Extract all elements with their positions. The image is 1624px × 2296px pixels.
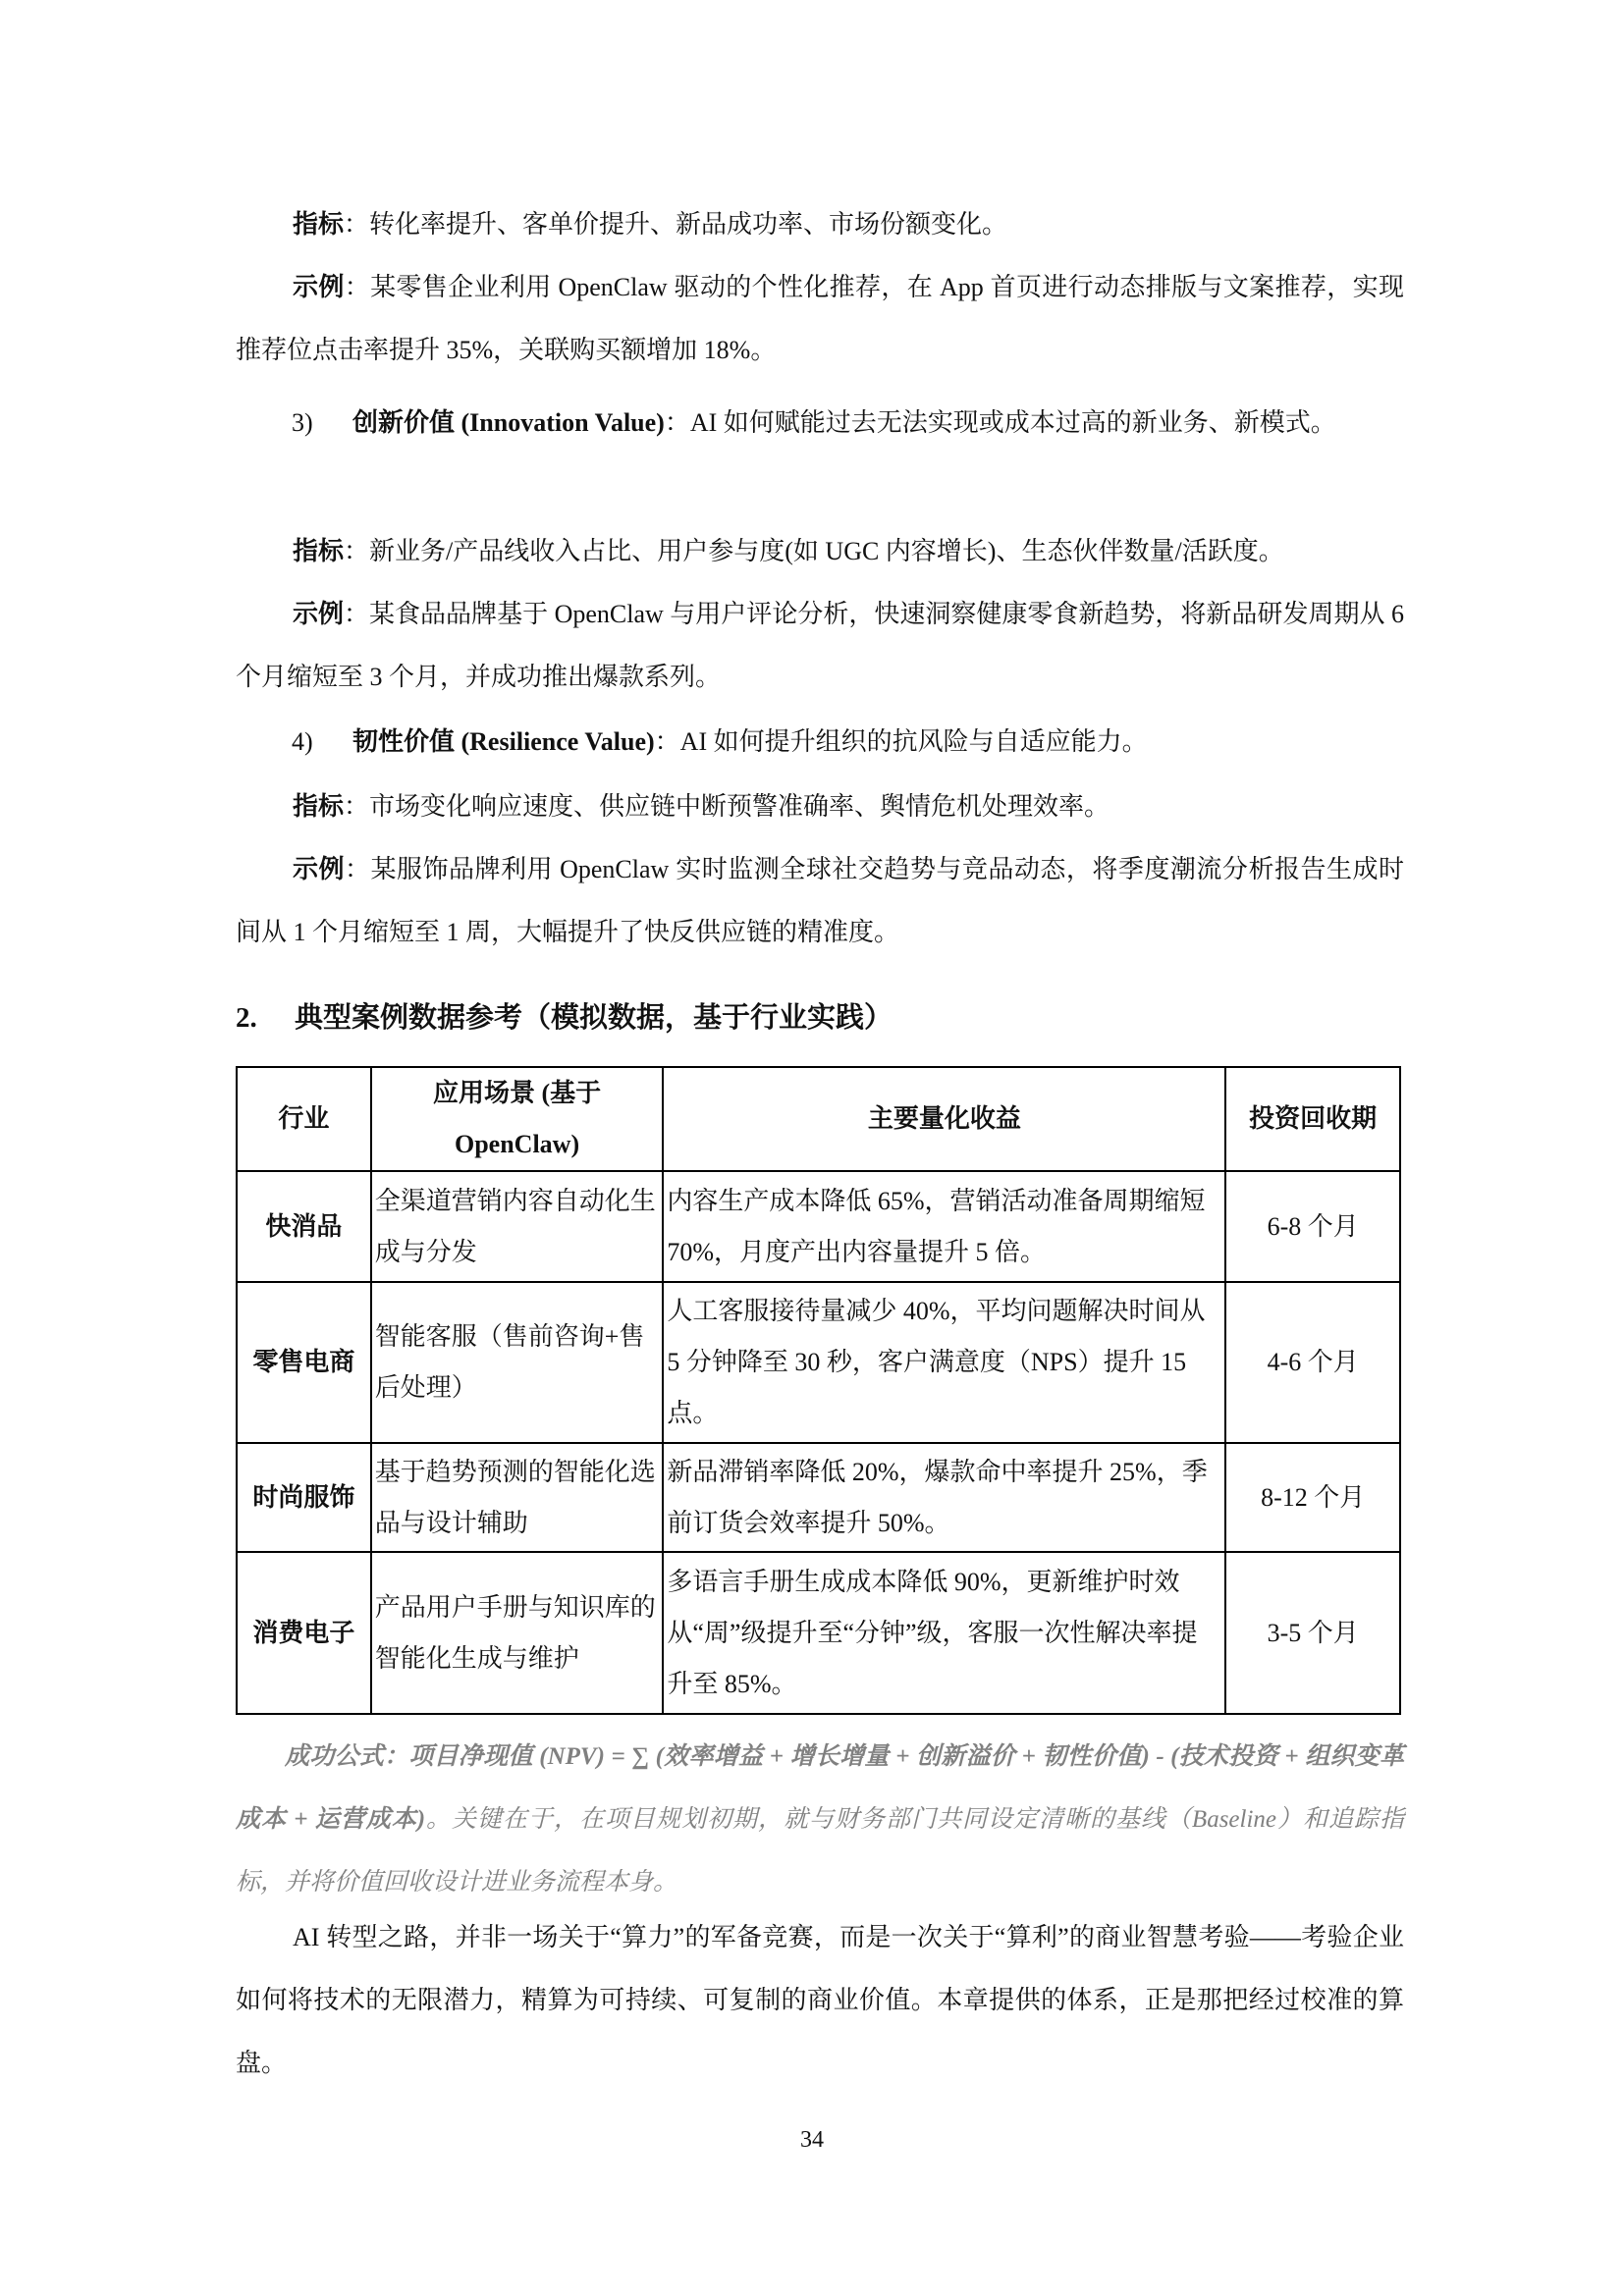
cell-benefit: 新品滞销率降低 20%，爆款命中率提升 25%，季前订货会效率提升 50%。 — [663, 1443, 1225, 1552]
cell-scenario: 全渠道营销内容自动化生成与分发 — [371, 1171, 664, 1282]
list-item-title: 韧性价值 (Resilience Value) — [352, 727, 655, 756]
case-data-table: 行业 应用场景 (基于 OpenClaw) 主要量化收益 投资回收期 快消品 全… — [236, 1066, 1401, 1715]
cell-benefit: 内容生产成本降低 65%，营销活动准备周期缩短 70%，月度产出内容量提升 5 … — [663, 1171, 1225, 1282]
cell-payback: 6-8 个月 — [1225, 1171, 1400, 1282]
separator: ： — [345, 273, 370, 301]
section-title: 典型案例数据参考（模拟数据，基于行业实践） — [295, 1002, 893, 1034]
example-text: 某零售企业利用 OpenClaw 驱动的个性化推荐，在 App 首页进行动态排版… — [236, 273, 1404, 364]
header-payback: 投资回收期 — [1225, 1067, 1400, 1171]
section-number: 2. — [236, 988, 295, 1047]
list-number: 4) — [292, 711, 313, 774]
page-number: 34 — [0, 2127, 1624, 2154]
separator: ： — [344, 537, 369, 565]
example-label: 示例 — [293, 273, 345, 301]
cell-industry: 消费电子 — [237, 1552, 371, 1714]
success-formula-note: 成功公式：项目净现值 (NPV) = ∑ (效率增益 + 增长增量 + 创新溢价… — [236, 1726, 1404, 1914]
example-paragraph-resilience: 示例：某服饰品牌利用 OpenClaw 实时监测全球社交趋势与竞品动态，将季度潮… — [236, 838, 1404, 964]
cell-scenario: 智能客服（售前咨询+售后处理） — [371, 1282, 664, 1443]
example-paragraph-growth: 示例：某零售企业利用 OpenClaw 驱动的个性化推荐，在 App 首页进行动… — [236, 256, 1404, 382]
cell-payback: 4-6 个月 — [1225, 1282, 1400, 1443]
separator: ： — [344, 792, 369, 821]
example-label: 示例 — [293, 600, 344, 628]
conclusion-paragraph: AI 转型之路，并非一场关于“算力”的军备竞赛，而是一次关于“算利”的商业智慧考… — [236, 1906, 1404, 2095]
table-row: 快消品 全渠道营销内容自动化生成与分发 内容生产成本降低 65%，营销活动准备周… — [237, 1171, 1400, 1282]
list-item-title: 创新价值 (Innovation Value) — [352, 408, 665, 437]
metrics-text: 市场变化响应速度、供应链中断预警准确率、舆情危机处理效率。 — [369, 792, 1110, 821]
header-industry: 行业 — [237, 1067, 371, 1171]
list-item-text: AI 如何赋能过去无法实现或成本过高的新业务、新模式。 — [690, 408, 1336, 437]
table-row: 零售电商 智能客服（售前咨询+售后处理） 人工客服接待量减少 40%，平均问题解… — [237, 1282, 1400, 1443]
metrics-paragraph-growth: 指标：转化率提升、客单价提升、新品成功率、市场份额变化。 — [236, 193, 1404, 256]
list-item-text: AI 如何提升组织的抗风险与自适应能力。 — [680, 727, 1148, 756]
cell-industry: 零售电商 — [237, 1282, 371, 1443]
separator: ： — [344, 210, 369, 239]
cell-payback: 8-12 个月 — [1225, 1443, 1400, 1552]
metrics-paragraph-resilience: 指标：市场变化响应速度、供应链中断预警准确率、舆情危机处理效率。 — [236, 775, 1404, 838]
metrics-label: 指标 — [293, 792, 344, 821]
document-page: 指标：转化率提升、客单价提升、新品成功率、市场份额变化。 示例：某零售企业利用 … — [0, 0, 1624, 2296]
list-item-resilience-value: 4) 韧性价值 (Resilience Value)：AI 如何提升组织的抗风险… — [292, 711, 1401, 774]
cell-payback: 3-5 个月 — [1225, 1552, 1400, 1714]
separator: ： — [655, 727, 680, 756]
example-paragraph-innovation: 示例：某食品品牌基于 OpenClaw 与用户评论分析，快速洞察健康零食新趋势，… — [236, 583, 1404, 709]
metrics-text: 新业务/产品线收入占比、用户参与度(如 UGC 内容增长)、生态伙伴数量/活跃度… — [369, 537, 1284, 565]
metrics-paragraph-innovation: 指标：新业务/产品线收入占比、用户参与度(如 UGC 内容增长)、生态伙伴数量/… — [236, 520, 1404, 583]
separator: ： — [665, 408, 690, 437]
header-scenario: 应用场景 (基于 OpenClaw) — [371, 1067, 664, 1171]
list-item-innovation-value: 3) 创新价值 (Innovation Value)：AI 如何赋能过去无法实现… — [292, 392, 1401, 454]
example-text: 某服饰品牌利用 OpenClaw 实时监测全球社交趋势与竞品动态，将季度潮流分析… — [236, 855, 1404, 946]
example-label: 示例 — [293, 855, 345, 883]
separator: ： — [345, 855, 371, 883]
table-row: 时尚服饰 基于趋势预测的智能化选品与设计辅助 新品滞销率降低 20%，爆款命中率… — [237, 1443, 1400, 1552]
cell-industry: 时尚服饰 — [237, 1443, 371, 1552]
metrics-text: 转化率提升、客单价提升、新品成功率、市场份额变化。 — [369, 210, 1007, 239]
table-row: 消费电子 产品用户手册与知识库的智能化生成与维护 多语言手册生成成本降低 90%… — [237, 1552, 1400, 1714]
header-benefit: 主要量化收益 — [663, 1067, 1225, 1171]
separator: ： — [344, 600, 369, 628]
table-header-row: 行业 应用场景 (基于 OpenClaw) 主要量化收益 投资回收期 — [237, 1067, 1400, 1171]
cell-benefit: 人工客服接待量减少 40%，平均问题解决时间从 5 分钟降至 30 秒，客户满意… — [663, 1282, 1225, 1443]
metrics-label: 指标 — [293, 537, 344, 565]
list-number: 3) — [292, 392, 313, 454]
cell-scenario: 产品用户手册与知识库的智能化生成与维护 — [371, 1552, 664, 1714]
example-text: 某食品品牌基于 OpenClaw 与用户评论分析，快速洞察健康零食新趋势，将新品… — [236, 600, 1404, 691]
metrics-label: 指标 — [293, 210, 344, 239]
cell-industry: 快消品 — [237, 1171, 371, 1282]
section-heading: 2.典型案例数据参考（模拟数据，基于行业实践） — [236, 988, 893, 1047]
cell-scenario: 基于趋势预测的智能化选品与设计辅助 — [371, 1443, 664, 1552]
cell-benefit: 多语言手册生成成本降低 90%，更新维护时效从“周”级提升至“分钟”级，客服一次… — [663, 1552, 1225, 1714]
